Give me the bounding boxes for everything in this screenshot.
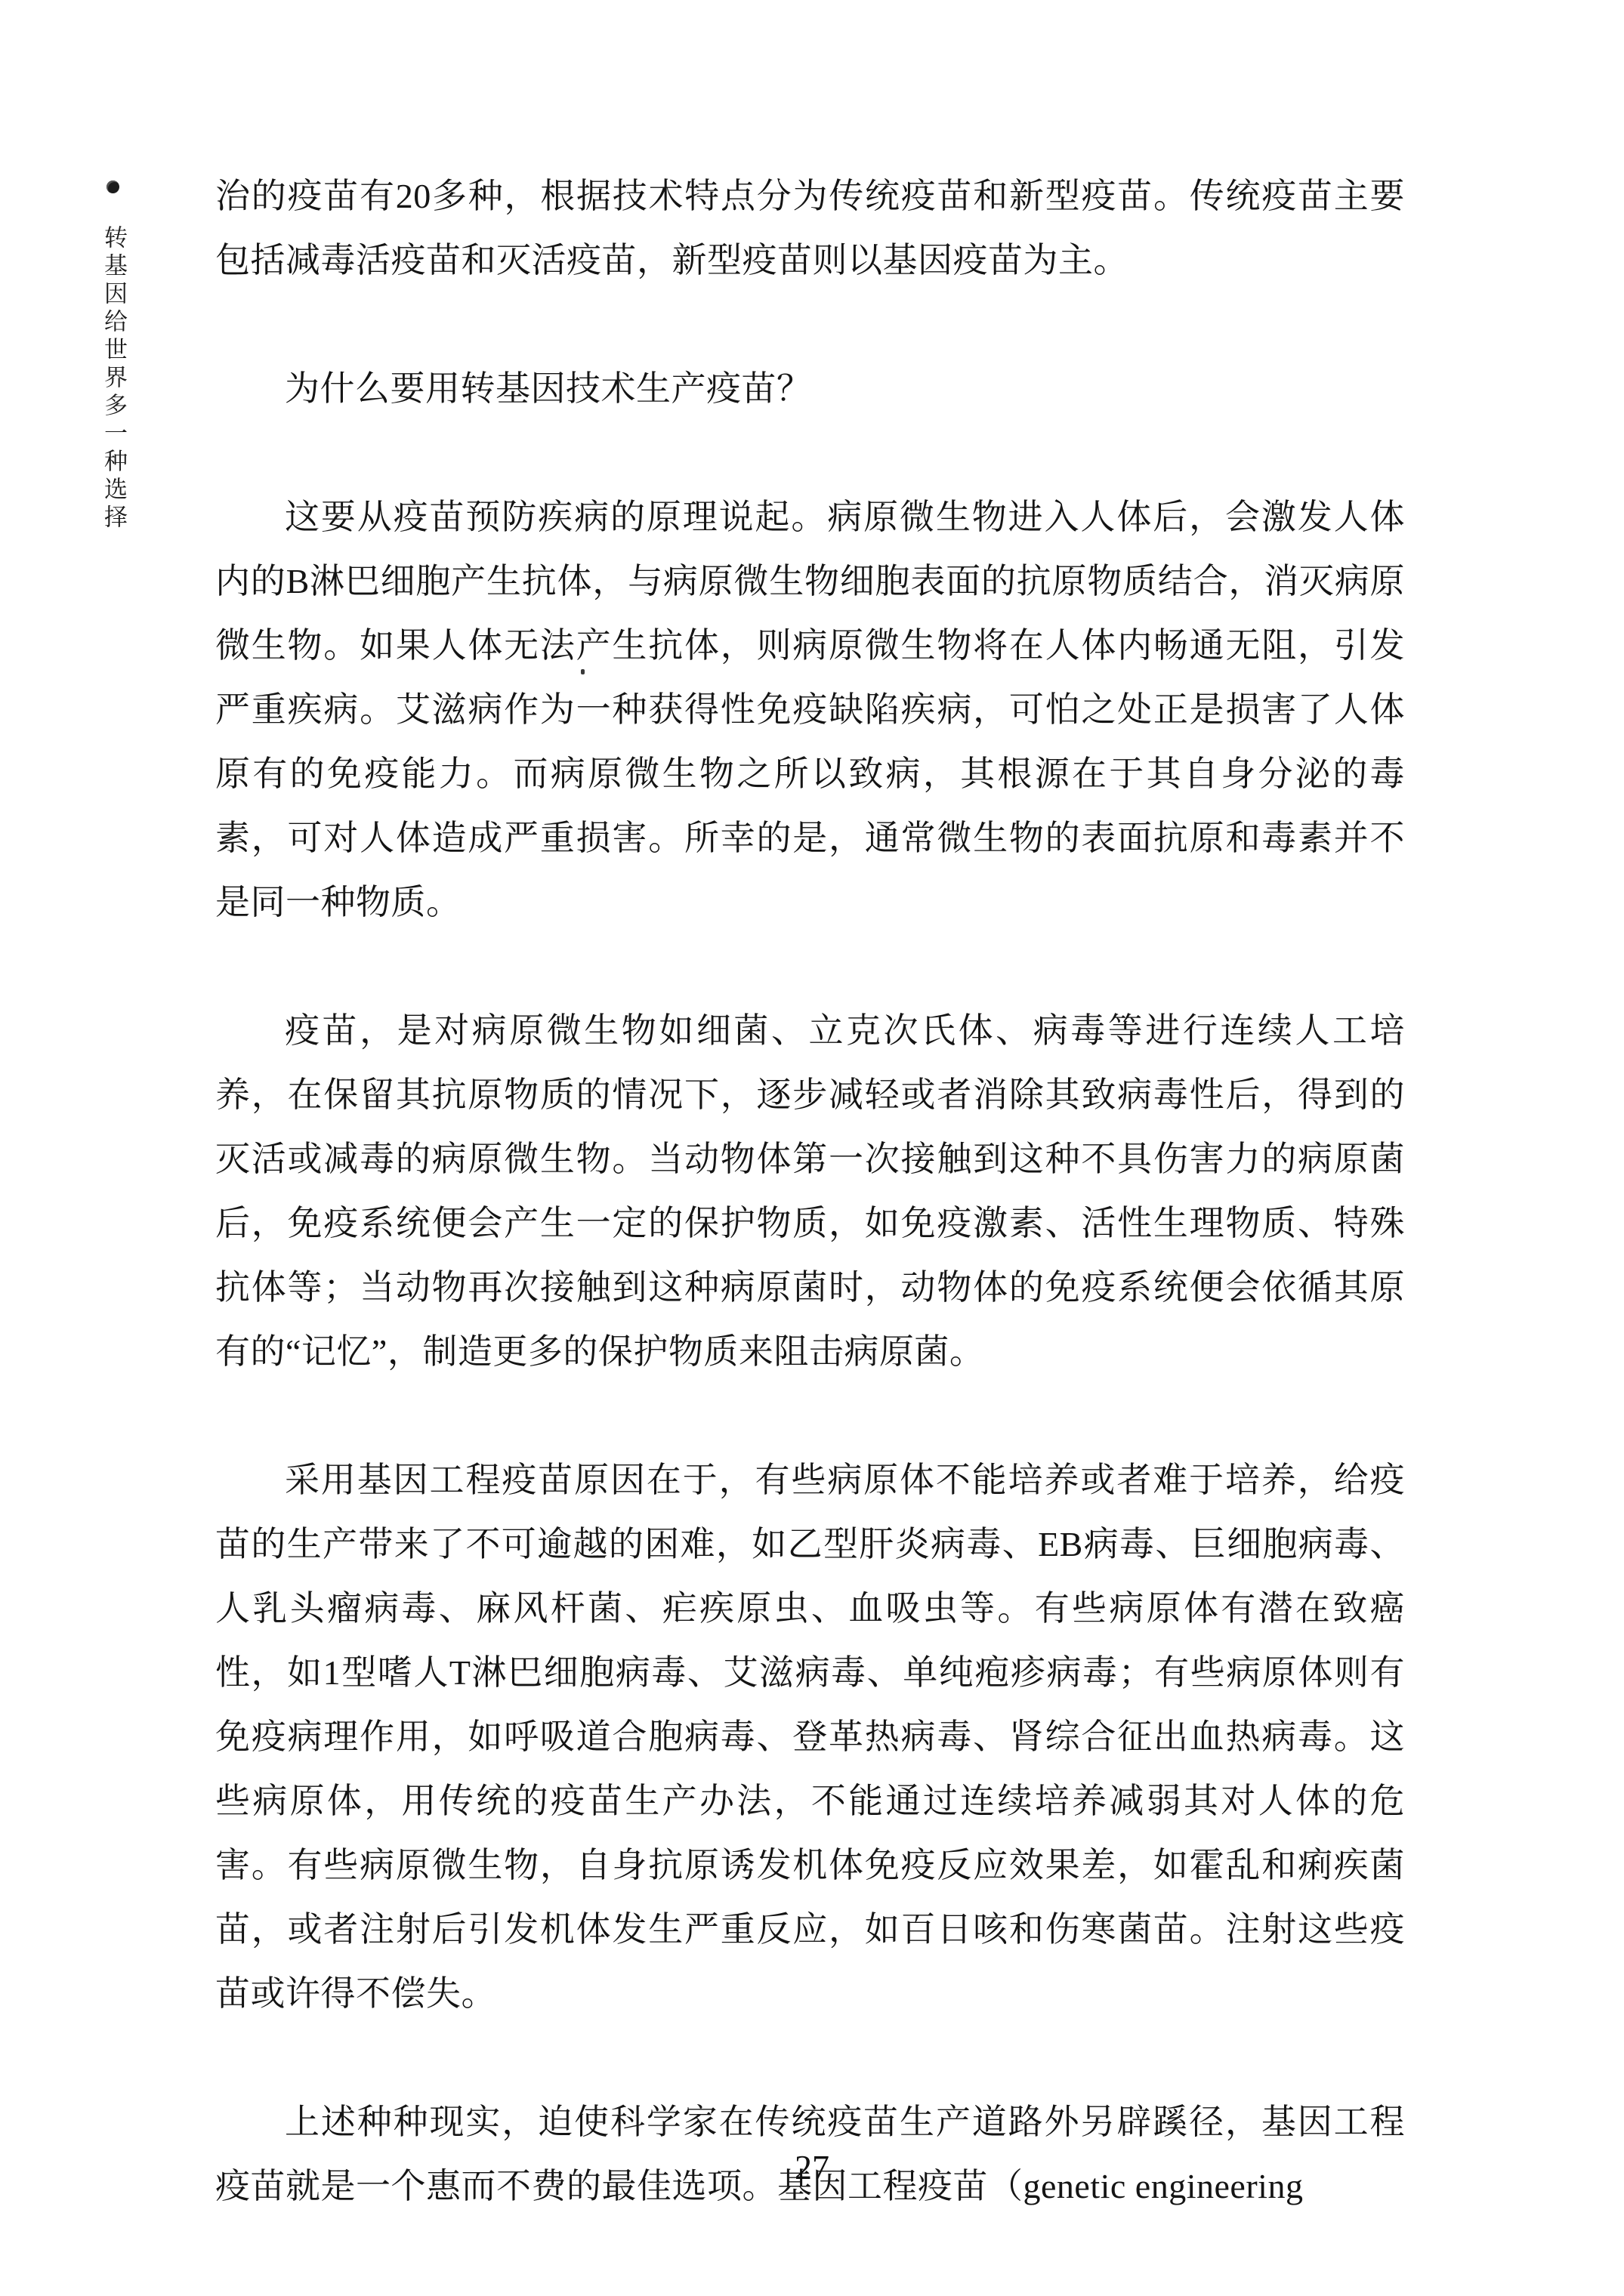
- continuation-paragraph: 治的疫苗有20多种，根据技术特点分为传统疫苗和新型疫苗。传统疫苗主要包括减毒活疫…: [215, 164, 1405, 292]
- scan-noise-dot: [581, 669, 585, 674]
- main-text-column: 治的疫苗有20多种，根据技术特点分为传统疫苗和新型疫苗。传统疫苗主要包括减毒活疫…: [215, 164, 1405, 2218]
- book-page: 转基因给世界多一种选择 治的疫苗有20多种，根据技术特点分为传统疫苗和新型疫苗。…: [0, 0, 1624, 2296]
- section-bullet-icon: [107, 181, 119, 193]
- body-paragraph-1: 这要从疫苗预防疾病的原理说起。病原微生物进入人体后，会激发人体内的B淋巴细胞产生…: [215, 485, 1405, 934]
- page-number: 27: [0, 2147, 1624, 2187]
- body-paragraph-2: 疫苗，是对病原微生物如细菌、立克次氏体、病毒等进行连续人工培养，在保留其抗原物质…: [215, 998, 1405, 1384]
- body-paragraph-3: 采用基因工程疫苗原因在于，有些病原体不能培养或者难于培养，给疫苗的生产带来了不可…: [215, 1448, 1405, 2026]
- section-heading: 为什么要用转基因技术生产疫苗？: [215, 356, 1405, 421]
- sidebar-vertical-title: 转基因给世界多一种选择: [100, 225, 126, 532]
